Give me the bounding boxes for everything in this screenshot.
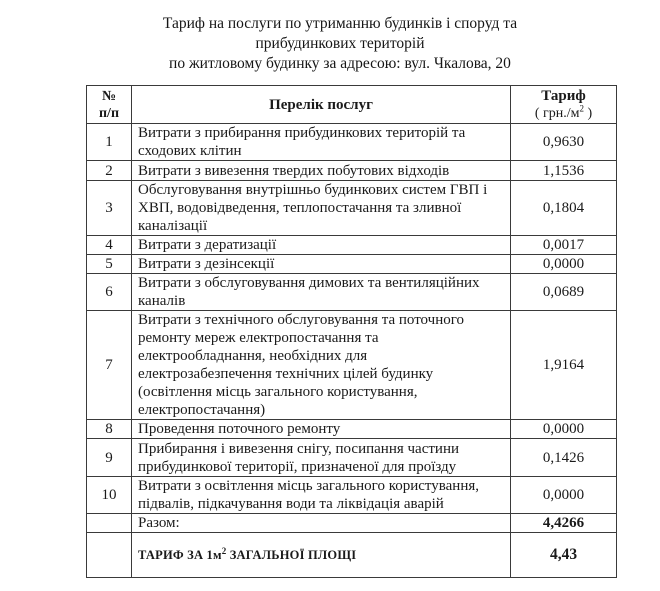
total-row: Разом: 4,4266	[87, 514, 617, 533]
row-number: 5	[87, 255, 132, 274]
row-number: 7	[87, 311, 132, 420]
tariff-value: 0,9630	[511, 124, 617, 161]
table-row: 6 Витрати з обслуговування димових та ве…	[87, 274, 617, 311]
final-tariff-row: ТАРИФ ЗА 1м2 ЗАГАЛЬНОЇ ПЛОЩІ 4,43	[87, 533, 617, 578]
row-number: 6	[87, 274, 132, 311]
service-name: Витрати з обслуговування димових та вент…	[132, 274, 511, 311]
header-services: Перелік послуг	[132, 86, 511, 124]
total-number-empty	[87, 514, 132, 533]
table-row: 1 Витрати з прибирання прибудинкових тер…	[87, 124, 617, 161]
final-label-prefix: ТАРИФ ЗА 1м	[138, 548, 222, 562]
tariff-value: 0,0000	[511, 477, 617, 514]
table-row: 5 Витрати з дезінсекції 0,0000	[87, 255, 617, 274]
tariff-value: 1,1536	[511, 161, 617, 181]
final-label-suffix: ЗАГАЛЬНОЇ ПЛОЩІ	[226, 548, 356, 562]
tariff-value: 0,0689	[511, 274, 617, 311]
service-name: Витрати з прибирання прибудинкових терит…	[132, 124, 511, 161]
tariff-value: 0,0000	[511, 420, 617, 439]
service-name: Витрати з технічного обслуговування та п…	[132, 311, 511, 420]
total-label: Разом:	[132, 514, 511, 533]
table-row: 8 Проведення поточного ремонту 0,0000	[87, 420, 617, 439]
row-number: 10	[87, 477, 132, 514]
header-number-abbr: п/п	[99, 106, 119, 121]
unit-prefix: ( грн./м	[535, 106, 580, 121]
header-tariff: Тариф ( грн./м2 )	[511, 86, 617, 124]
total-value: 4,4266	[511, 514, 617, 533]
tariff-value: 1,9164	[511, 311, 617, 420]
header-tariff-unit: ( грн./м2 )	[535, 106, 592, 121]
row-number: 1	[87, 124, 132, 161]
row-number: 4	[87, 236, 132, 255]
row-number: 3	[87, 181, 132, 236]
service-name: Витрати з дератизації	[132, 236, 511, 255]
header-tariff-label: Тариф	[541, 88, 586, 104]
service-name: Прибирання і вивезення снігу, посипання …	[132, 439, 511, 477]
row-number: 9	[87, 439, 132, 477]
table-row: 2 Витрати з вивезення твердих побутових …	[87, 161, 617, 181]
service-name: Витрати з дезінсекції	[132, 255, 511, 274]
tariff-value: 0,0017	[511, 236, 617, 255]
final-tariff-value: 4,43	[511, 533, 617, 578]
table-header-row: № п/п Перелік послуг Тариф ( грн./м2 )	[87, 86, 617, 124]
final-tariff-label: ТАРИФ ЗА 1м2 ЗАГАЛЬНОЇ ПЛОЩІ	[132, 533, 511, 578]
table-row: 7 Витрати з технічного обслуговування та…	[87, 311, 617, 420]
tariff-table: № п/п Перелік послуг Тариф ( грн./м2 ) 1…	[86, 85, 617, 578]
document-title: Тариф на послуги по утриманню будинків і…	[0, 14, 660, 74]
tariff-value: 0,1804	[511, 181, 617, 236]
service-name: Витрати з освітлення місць загального ко…	[132, 477, 511, 514]
table-row: 4 Витрати з дератизації 0,0017	[87, 236, 617, 255]
unit-suffix: )	[584, 106, 592, 121]
header-number: № п/п	[87, 86, 132, 124]
service-name: Проведення поточного ремонту	[132, 420, 511, 439]
table-row: 9 Прибирання і вивезення снігу, посипанн…	[87, 439, 617, 477]
title-line-3: по житловому будинку за адресою: вул. Чк…	[0, 54, 660, 74]
service-name: Витрати з вивезення твердих побутових ві…	[132, 161, 511, 181]
table-row: 10 Витрати з освітлення місць загального…	[87, 477, 617, 514]
header-number-symbol: №	[102, 89, 116, 104]
tariff-value: 0,0000	[511, 255, 617, 274]
title-line-2: прибудинкових територій	[0, 34, 660, 54]
final-number-empty	[87, 533, 132, 578]
table-row: 3 Обслуговування внутрішньо будинкових с…	[87, 181, 617, 236]
row-number: 8	[87, 420, 132, 439]
service-name: Обслуговування внутрішньо будинкових сис…	[132, 181, 511, 236]
title-line-1: Тариф на послуги по утриманню будинків і…	[0, 14, 660, 34]
tariff-value: 0,1426	[511, 439, 617, 477]
row-number: 2	[87, 161, 132, 181]
